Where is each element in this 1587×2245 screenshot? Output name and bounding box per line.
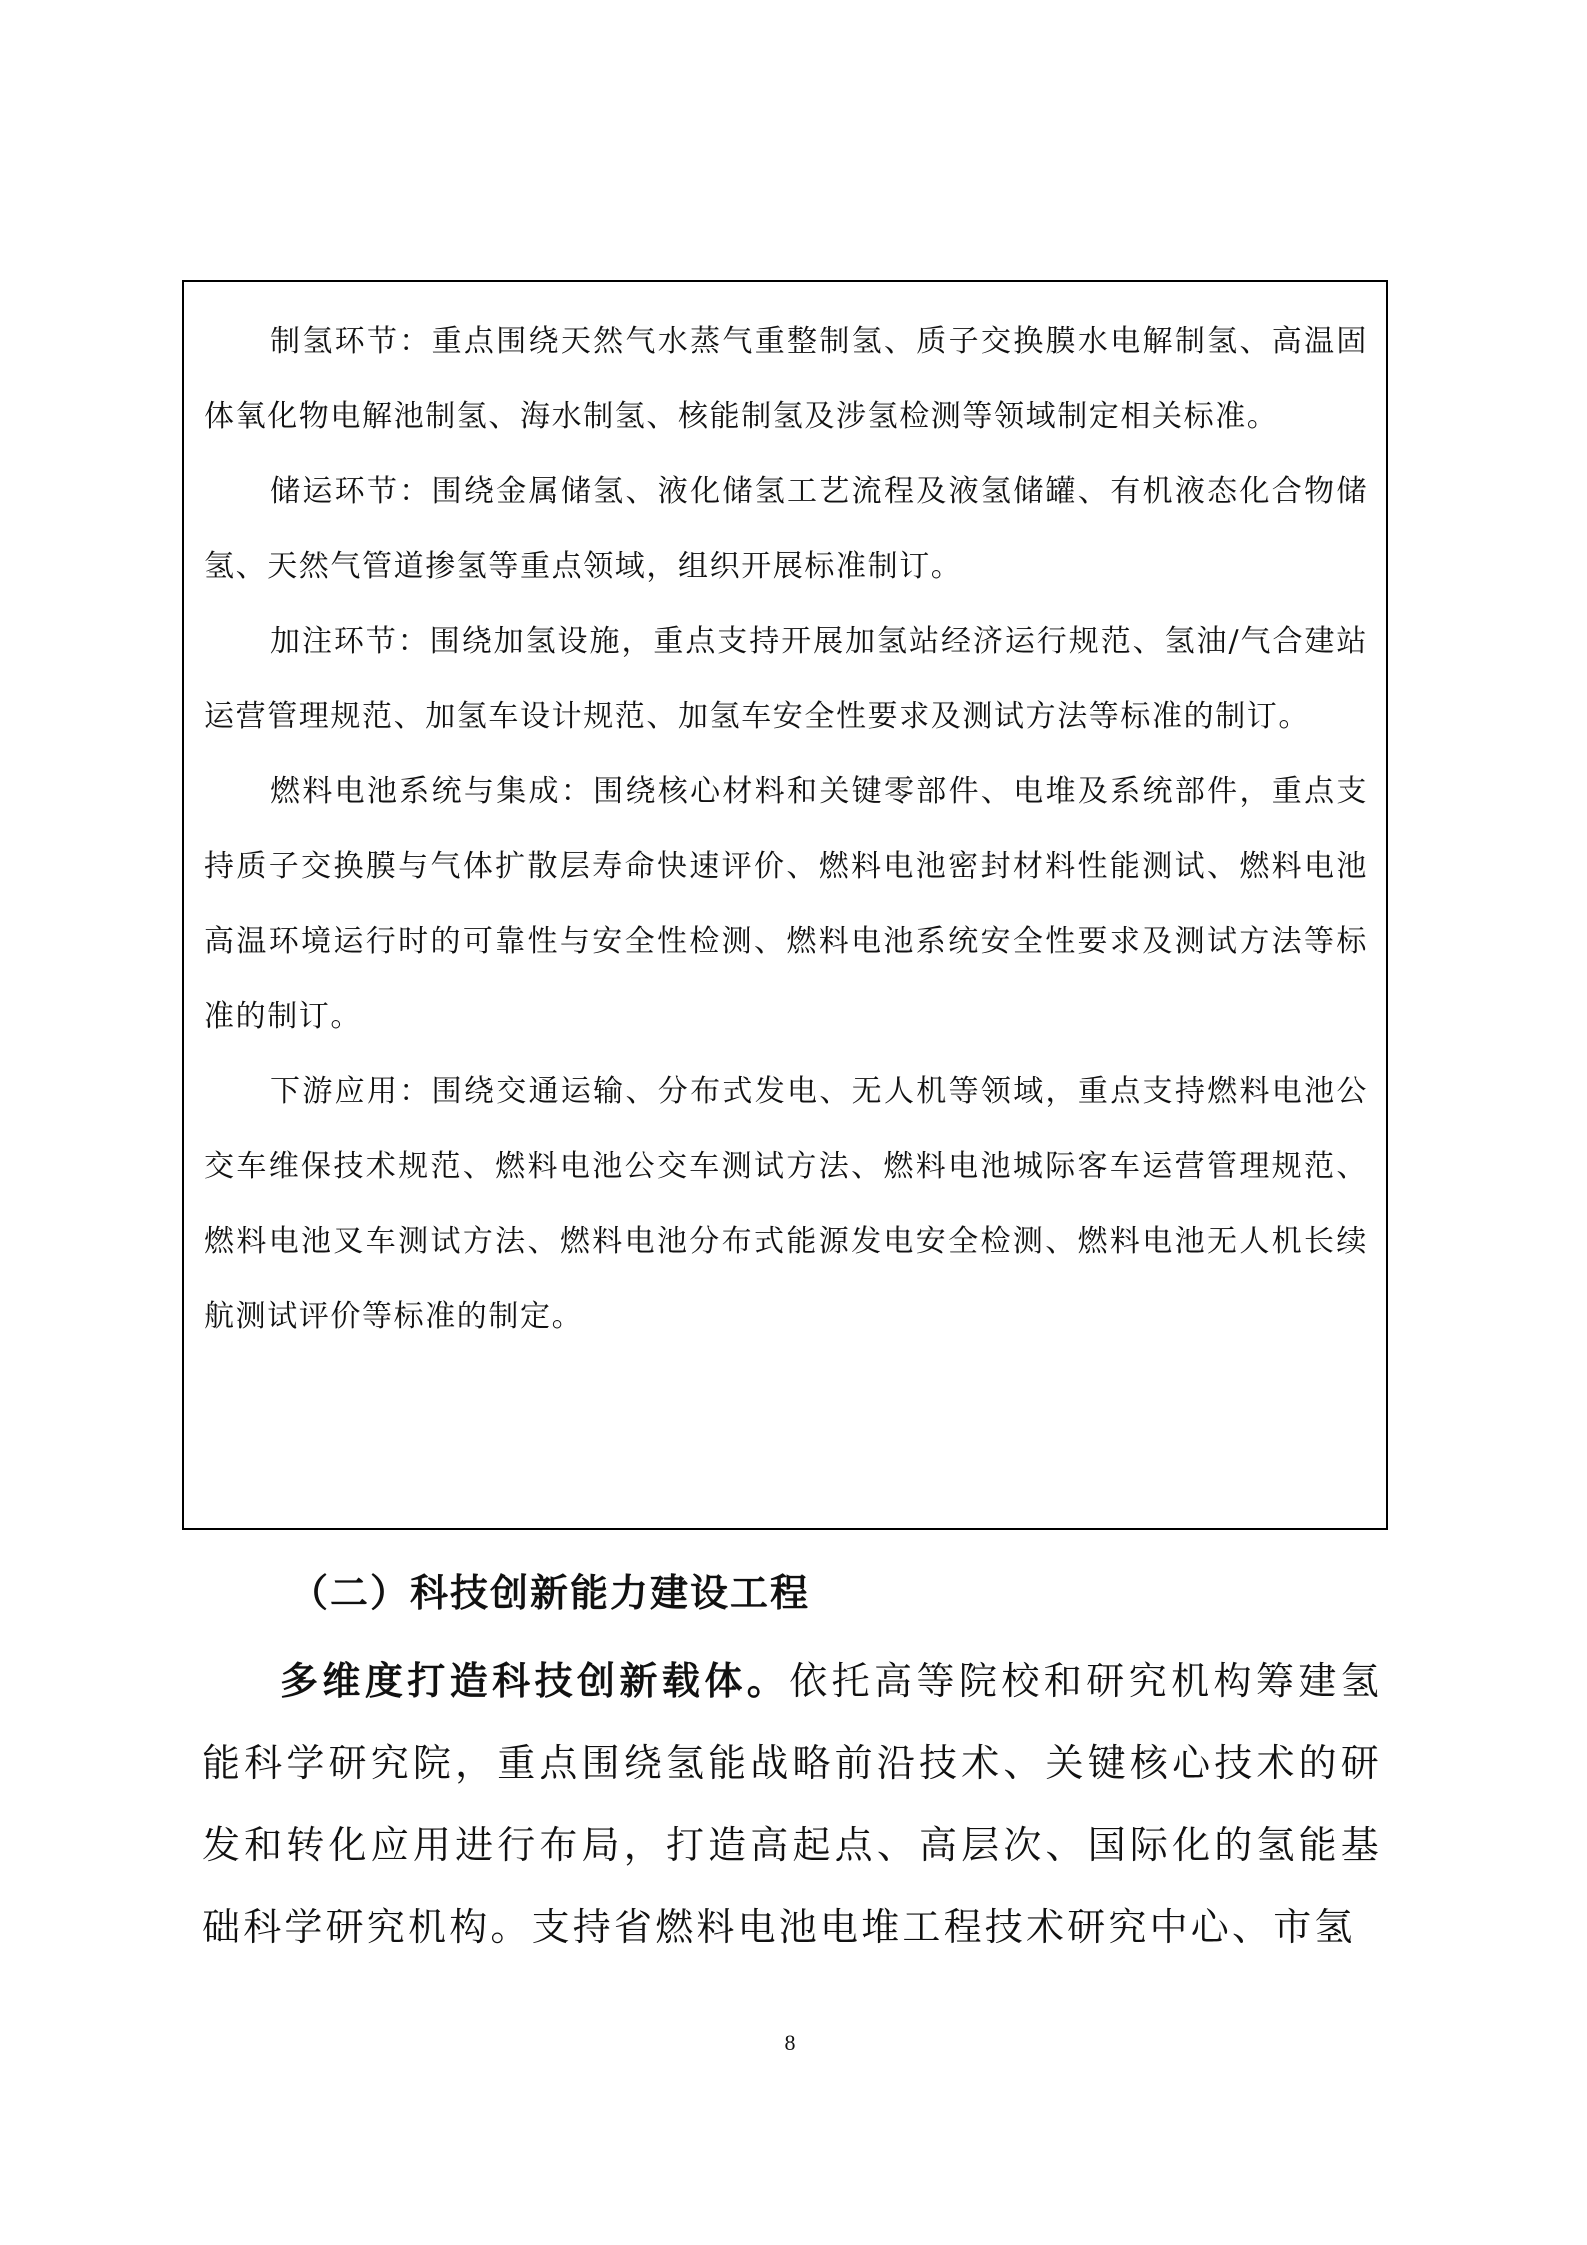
standards-box: 制氢环节：重点围绕天然气水蒸气重整制氢、质子交换膜水电解制氢、高温固体氧化物电解… [182, 280, 1388, 1530]
box-paragraph-fuel-cell-system: 燃料电池系统与集成：围绕核心材料和关键零部件、电堆及系统部件，重点支持质子交换膜… [204, 754, 1368, 1054]
box-paragraph-storage-transport: 储运环节：围绕金属储氢、液化储氢工艺流程及液氢储罐、有机液态化合物储氢、天然气管… [204, 454, 1368, 604]
box-paragraph-downstream-applications: 下游应用：围绕交通运输、分布式发电、无人机等领域，重点支持燃料电池公交车维保技术… [204, 1054, 1368, 1354]
box-paragraph-hydrogen-production: 制氢环节：重点围绕天然气水蒸气重整制氢、质子交换膜水电解制氢、高温固体氧化物电解… [204, 304, 1368, 454]
paragraph-lead-sentence: 多维度打造科技创新载体。 [280, 1658, 789, 1703]
section-heading: （二）科技创新能力建设工程 [290, 1560, 810, 1626]
box-paragraph-refueling: 加注环节：围绕加氢设施，重点支持开展加氢站经济运行规范、氢油/气合建站运营管理规… [204, 604, 1368, 754]
section-body-paragraph: 多维度打造科技创新载体。依托高等院校和研究机构筹建氢能科学研究院，重点围绕氢能战… [202, 1640, 1382, 1968]
page-number: 8 [770, 2030, 810, 2056]
